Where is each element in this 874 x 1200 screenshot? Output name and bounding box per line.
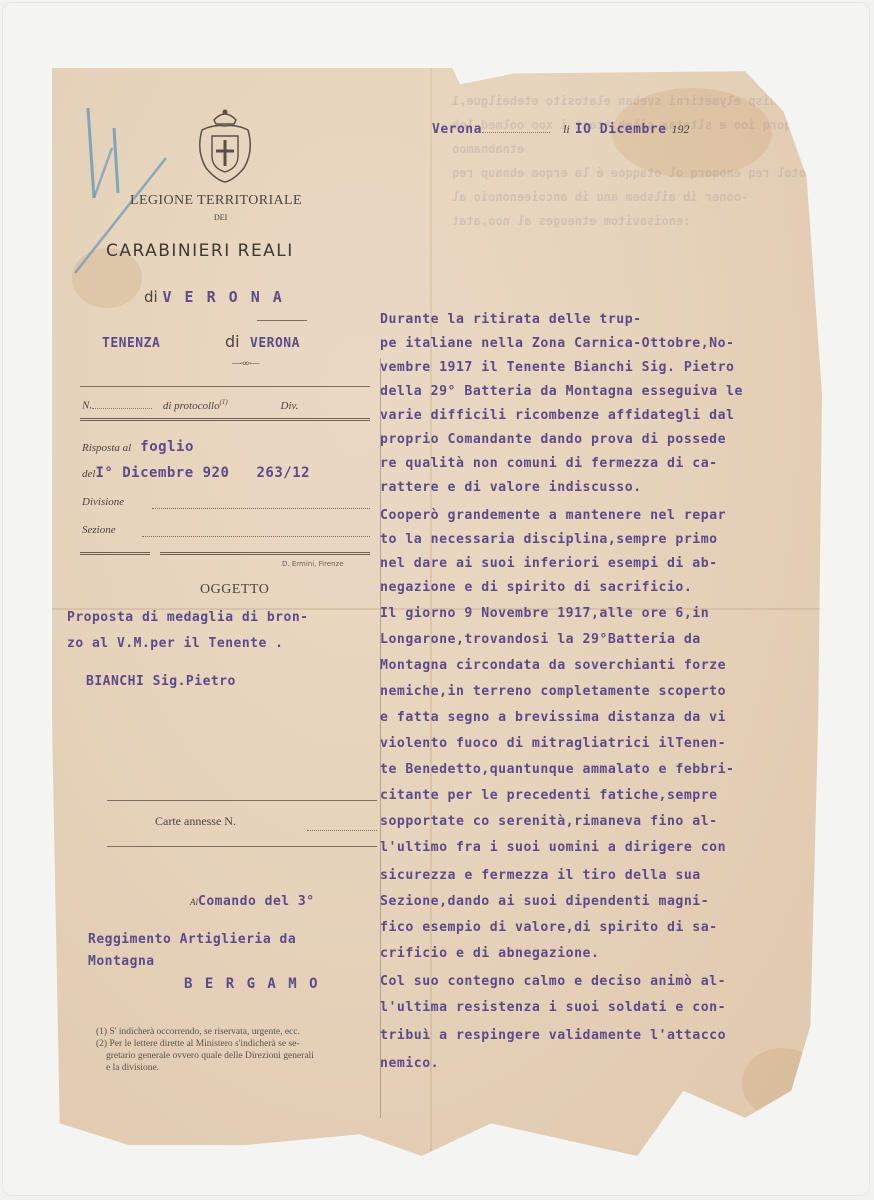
body-line: e fatta segno a brevissima distanza da v… (380, 706, 726, 730)
reference-number: 263/12 (256, 465, 310, 481)
body-line: fico esempio di valore,di spirito di sa- (380, 916, 718, 940)
body-line: crificio e di abnegazione. (380, 942, 599, 966)
divisione-label: Divisione (82, 496, 124, 508)
rule (107, 846, 377, 847)
body-line: l'ultima resistenza i suoi soldati e con… (380, 996, 726, 1020)
body-line: te Benedetto,quantunque ammalato e febbr… (380, 758, 734, 782)
tenenza-label: TENENZA (102, 336, 160, 351)
body-line: sicurezza e fermezza il tiro della sua (380, 864, 701, 888)
footnote: e la divisione. (96, 1062, 314, 1074)
subject-line: zo al V.M.per il Tenente . (67, 636, 284, 651)
footnote: (2) Per le lettere dirette al Ministero … (96, 1038, 314, 1050)
rule (80, 418, 370, 421)
sezione-label: Sezione (82, 524, 116, 536)
body-line: Montagna circondata da soverchianti forz… (380, 654, 726, 678)
rule (257, 320, 307, 321)
n-label: N. (82, 400, 92, 412)
footnotes: (1) S' indicherà occorrendo, se riservat… (96, 1026, 314, 1074)
del-label: del (82, 468, 95, 480)
footnote: gretario generale ovvero quale delle Dir… (96, 1050, 314, 1062)
addressee-line: Reggimento Artiglieria da (88, 932, 296, 947)
body-line: re qualità non comuni di fermezza di ca- (380, 452, 718, 476)
subject-line: Proposta di medaglia di bron- (67, 610, 308, 625)
bleed-through-text: itotol req enoqorq ol otaqqoe é la erqoa… (452, 166, 820, 180)
addressee-line: AlComando del 3° (190, 890, 315, 909)
body-line: tribuì a respingere validamente l'attacc… (380, 1024, 726, 1048)
legion-line: di V E R O N A (144, 288, 284, 306)
bleed-through-text: -ooner ib ailsbem anu ib ancoieenonoio a… (452, 190, 748, 204)
body-line: nel dare ai suoi inferiori esempi di ab- (380, 552, 718, 576)
legion-city: V E R O N A (162, 288, 283, 306)
sezione-field[interactable] (142, 536, 370, 537)
bleed-through-text: :enoisavitom etneuges al noo,atat (452, 214, 690, 228)
body-line: citante per le precedenti fatiche,sempre (380, 784, 718, 808)
body-line: della 29° Batteria da Montagna esseguiva… (380, 380, 743, 404)
dateline-dots (482, 132, 550, 133)
attachments-field[interactable] (307, 830, 377, 831)
legion-prefix: di (144, 288, 158, 306)
tenenza-city: VERONA (250, 336, 300, 351)
body-line: l'ultimo fra i suoi uomini a dirigere co… (380, 836, 726, 860)
del-row: delI° Dicembre 920 263/12 (82, 462, 310, 481)
dateline-date: IO Dicembre (575, 122, 667, 137)
n-field[interactable] (92, 408, 152, 409)
body-line: proprio Comandante dando prova di possed… (380, 428, 726, 452)
risposta-row: Risposta al foglio (82, 436, 194, 455)
addressee-line: Montagna (88, 954, 155, 969)
divisione-field[interactable] (152, 508, 370, 509)
body-line: nemico. (380, 1052, 439, 1076)
body-line: vembre 1917 il Tenente Bianchi Sig. Piet… (380, 356, 734, 380)
dateline-city: Verona (432, 122, 482, 137)
printer-credit: D. Ermini, Firenze (282, 560, 344, 568)
body-line: Sezione,dando ai suoi dipendenti magni- (380, 890, 709, 914)
addressee-city: B E R G A M O (184, 976, 320, 992)
letterhead-line2: DEI (214, 213, 227, 222)
addressee-prefix: Al (190, 897, 198, 907)
div-label: Div. (281, 400, 299, 412)
attachments-label: Carte annesse N. (155, 814, 236, 829)
body-line: nemiche,in terreno completamente scopert… (380, 680, 726, 704)
tenenza-di: di (225, 332, 240, 351)
risposta-value: foglio (140, 439, 194, 455)
subject-line: BIANCHI Sig.Pietro (86, 674, 236, 689)
ornament: —∙∙∞∙∙— (232, 358, 258, 368)
rule (107, 800, 377, 801)
body-line: pe italiane nella Zona Carnica-Ottobre,N… (380, 332, 734, 356)
rule (80, 386, 370, 387)
dateline-year: 192 (672, 122, 690, 136)
coat-of-arms-icon (192, 106, 258, 184)
protocol-note: (1) (220, 398, 228, 406)
body-line: Col suo contegno calmo e deciso animò al… (380, 970, 726, 994)
rule (160, 552, 370, 555)
bleed-through-text: ennizinisp elyaetirni sveban elatosito e… (452, 94, 820, 108)
protocol-label: di protocollo (163, 400, 220, 412)
document-sheet: ennizinisp elyaetirni sveban elatosito e… (52, 68, 822, 1156)
footnote: (1) S' indicherà occorrendo, se riservat… (96, 1026, 314, 1038)
letterhead-title: CARABINIERI REALI (106, 241, 294, 261)
risposta-label: Risposta al (82, 442, 131, 454)
body-line: Il giorno 9 Novembre 1917,alle ore 6,in (380, 602, 709, 626)
dateline-li: li (563, 122, 570, 136)
rule (80, 552, 150, 555)
dateline: Verona li IO Dicembre 192 (432, 118, 690, 137)
del-value: I° Dicembre 920 (95, 465, 229, 481)
letterhead-line1: LEGIONE TERRITORIALE (130, 193, 302, 209)
body-line: sopportate co serenità,rimaneva fino al- (380, 810, 718, 834)
body-line: varie difficili ricombenze affidategli d… (380, 404, 734, 428)
subject-label: OGGETTO (200, 582, 269, 598)
body-line: violento fuoco di mitragliatrici ilTenen… (380, 732, 726, 756)
body-line: to la necessaria disciplina,sempre primo (380, 528, 718, 552)
body-line: Durante la ritirata delle trup- (380, 308, 642, 332)
bleed-through-text: etnabnamoo (452, 142, 524, 156)
body-line: Longarone,trovandosi la 29°Batteria da (380, 628, 701, 652)
protocol-row: N. di protocollo(1) Div. (82, 398, 298, 412)
body-line: rattere e di valore indiscusso. (380, 476, 642, 500)
body-line: negazione e di spirito di sacrificio. (380, 576, 692, 600)
body-line: Cooperò grandemente a mantenere nel repa… (380, 504, 726, 528)
